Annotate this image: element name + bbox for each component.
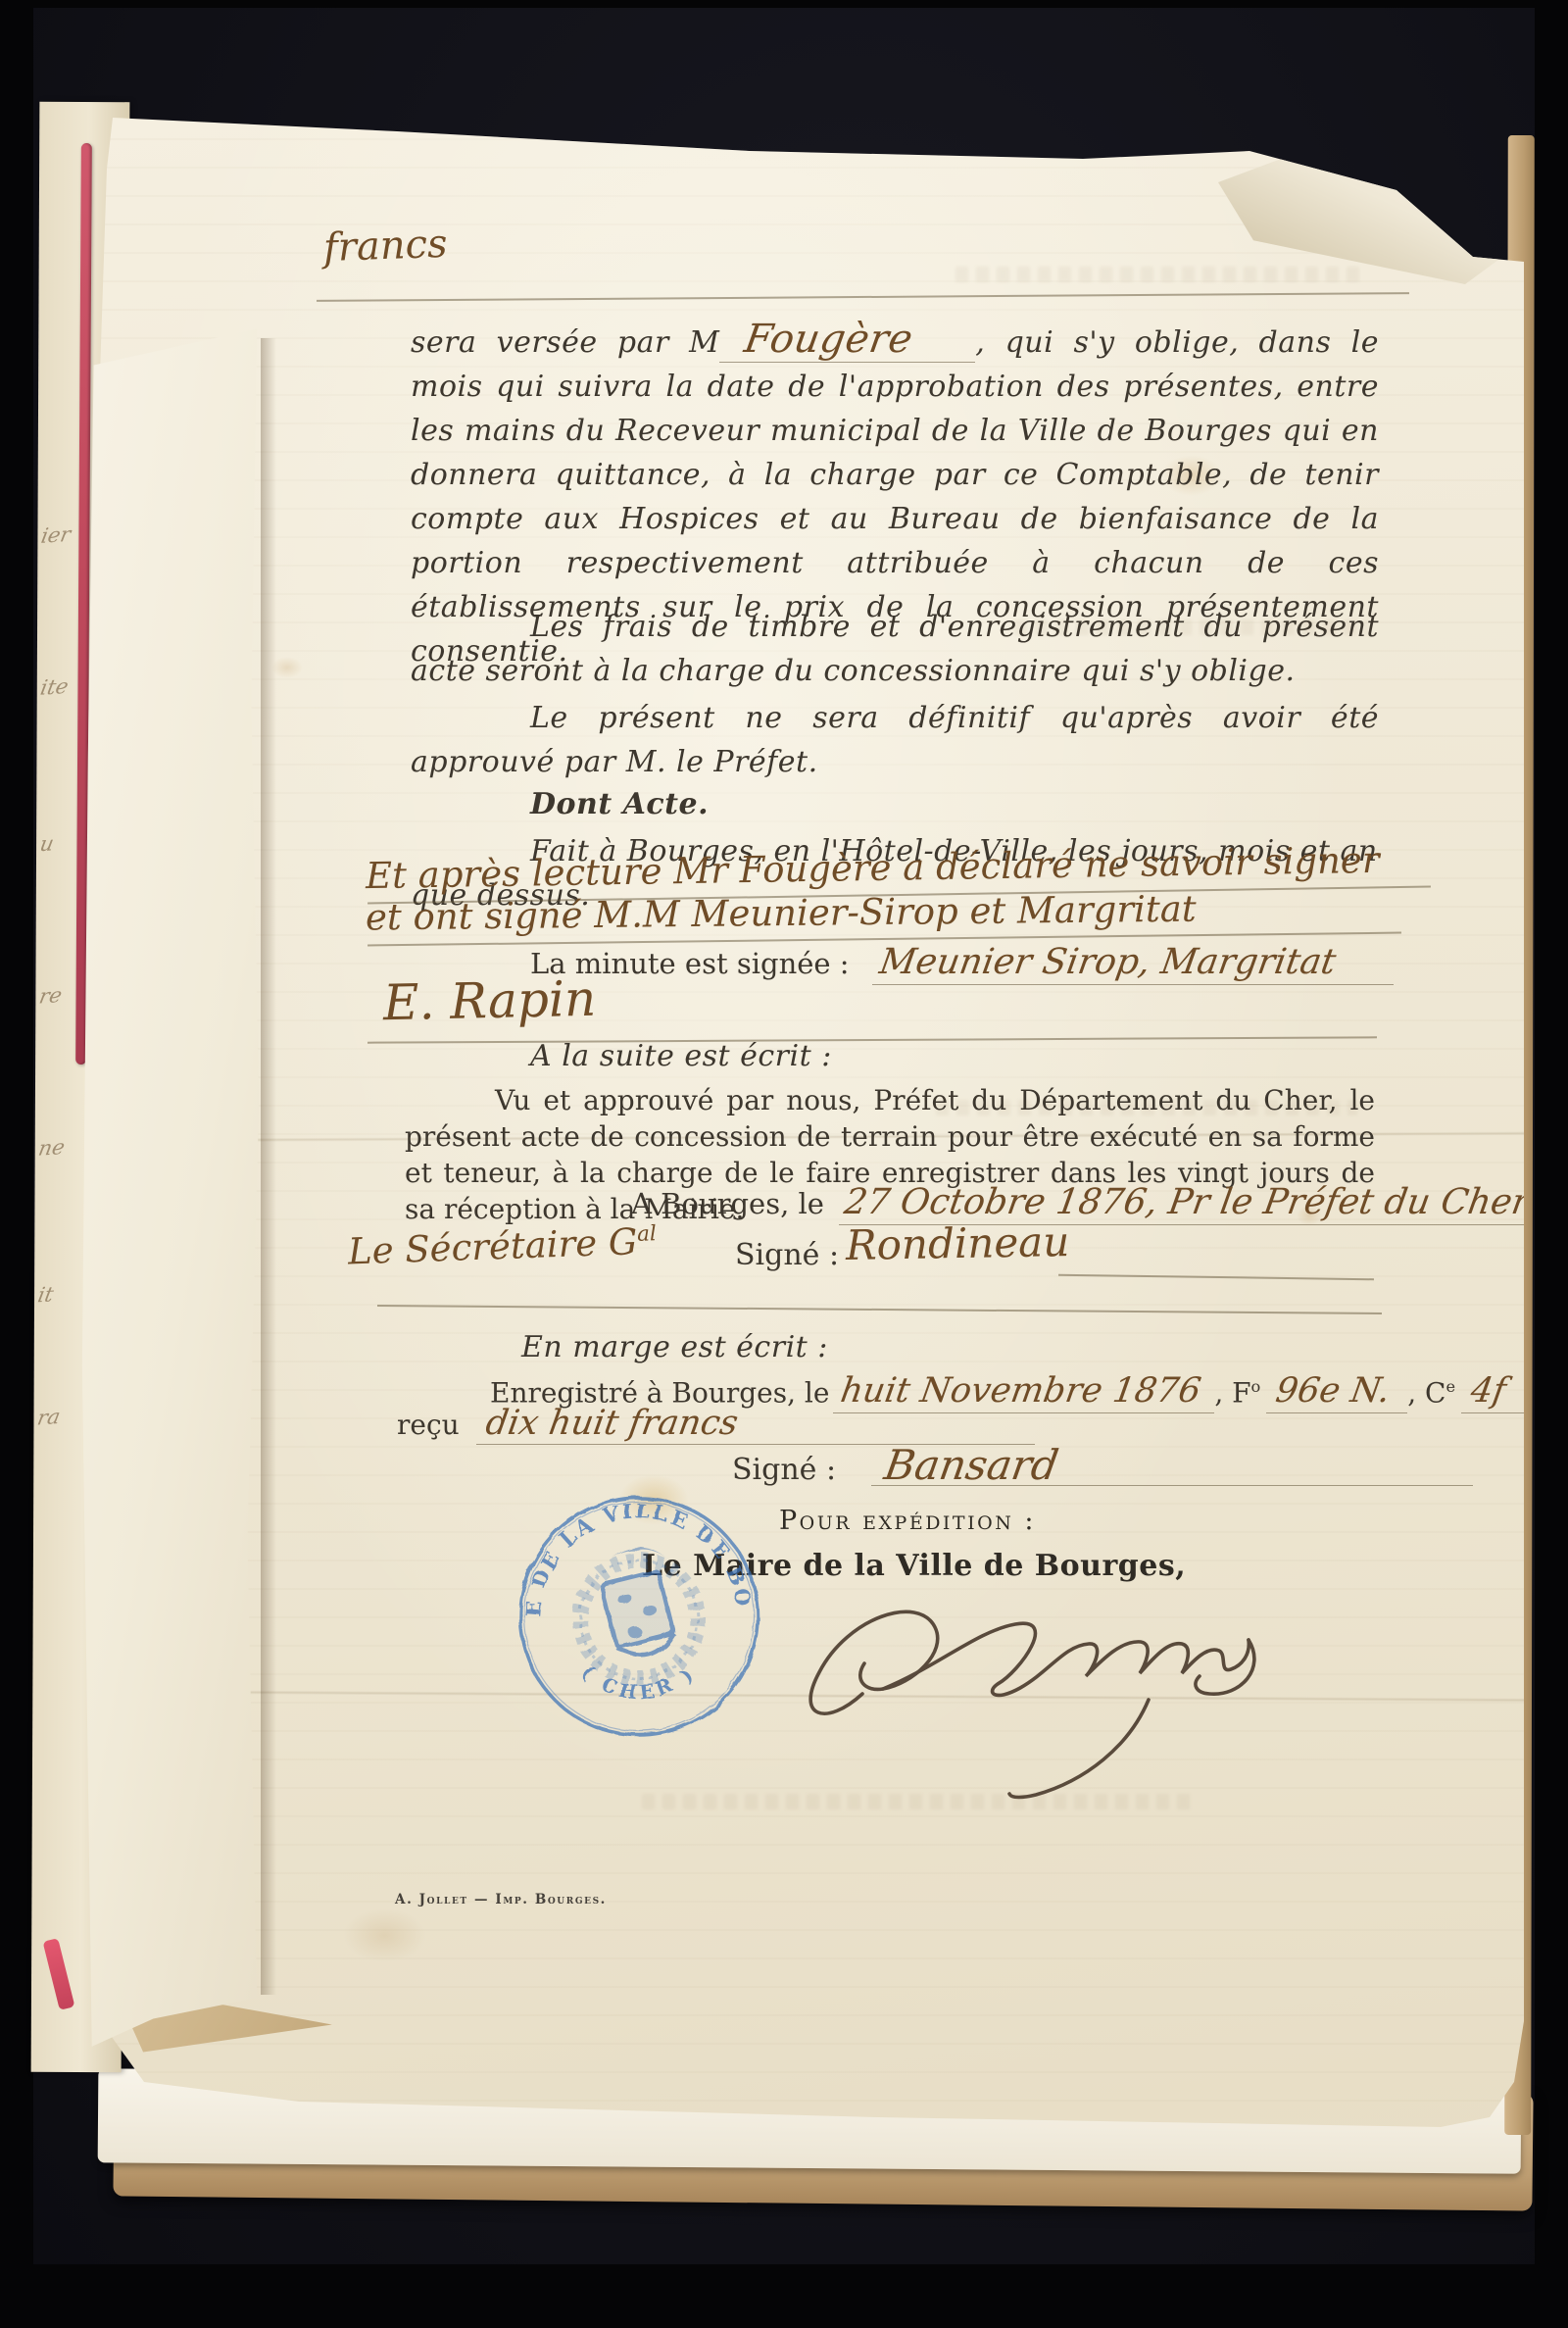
handwritten-minute-signatures: Meunier Sirop, Margritat	[877, 944, 1339, 980]
handwritten-folio: 96e N.	[1273, 1373, 1393, 1410]
handwritten-case: 4f	[1468, 1373, 1508, 1410]
printed-text: sera versée par M	[411, 325, 719, 360]
line-a-bourges: A Bourges, le 27 Octobre 1876, Pr le Pré…	[631, 1184, 1539, 1222]
printed-label-signe-1: Signé :	[735, 1237, 839, 1273]
printed-label-recu: reçu	[397, 1409, 460, 1441]
margin-writing-fragment: u	[38, 831, 56, 856]
paragraph-suite: A la suite est écrit :	[411, 1034, 1379, 1078]
handwritten-bansard: Bansard	[882, 1447, 1060, 1483]
mayor-signature	[681, 1578, 1313, 1975]
handwritten-name-fougere: Fougère	[742, 318, 916, 362]
handwritten-rondineau: Rondineau	[846, 1217, 1070, 1269]
paragraph-en-marge: En marge est écrit :	[521, 1325, 828, 1369]
document-photo: { "colors":{ "background":"#0c0c11", "pa…	[0, 0, 1568, 2328]
paper-stain	[343, 1908, 426, 1962]
paragraph-frais: Les frais de timbre et d'enregistrement …	[411, 605, 1379, 693]
margin-writing-fragment: ne	[36, 1135, 67, 1161]
margin-writing-fragment: ier	[39, 522, 73, 548]
line-signe-bansard: Signé : Bansard	[732, 1447, 1473, 1488]
printed-text-fo: , F	[1214, 1376, 1250, 1409]
printed-label-signe-2: Signé :	[732, 1453, 836, 1487]
margin-writing-fragment: ra	[35, 1405, 62, 1429]
margin-writing-fragment: it	[36, 1282, 56, 1307]
margin-writing-fragment: ite	[38, 674, 70, 700]
printer-imprint: A. Jollet — Imp. Bourges.	[395, 1892, 607, 1907]
handwritten-enr-date: huit Novembre 1876	[838, 1373, 1203, 1410]
divider-rule	[377, 1305, 1382, 1314]
paragraph-definitif: Le présent ne sera définitif qu'après av…	[411, 696, 1379, 784]
fill-line	[317, 292, 1409, 301]
handwritten-secretaire: Le Sécrétaire Gal	[347, 1220, 657, 1273]
flap-shadow	[261, 338, 276, 1995]
line-recu: reçu dix huit francs	[397, 1406, 1035, 1445]
handwritten-secretaire-text: Le Sécrétaire G	[347, 1220, 638, 1272]
handwritten-amount: francs	[322, 222, 448, 271]
document-page: francs sera versée par MFougère, qui s'y…	[93, 110, 1524, 2139]
folded-paper-flap	[76, 323, 269, 2060]
ink-bleedthrough	[955, 267, 1367, 282]
printed-pour-expedition: Pour expédition :	[779, 1506, 1036, 1536]
handwritten-date-prefet: 27 Octobre 1876, Pr le Préfet du Cher	[842, 1184, 1532, 1220]
printed-text-ce: , C	[1407, 1376, 1445, 1409]
printed-semicolon: ;	[1539, 1376, 1556, 1409]
handwritten-rapin-signature: E. Rapin	[382, 970, 596, 1032]
handwritten-secretaire-sup: al	[637, 1221, 658, 1247]
handwritten-somme-recue: dix huit francs	[483, 1406, 740, 1442]
handwritten-signataires-line: et ont signé M.M Meunier-Sirop et Margri…	[366, 888, 1197, 939]
fill-line	[1058, 1274, 1374, 1280]
paragraph-dont-acte: Dont Acte.	[411, 782, 1379, 826]
printed-sup-fo: o	[1251, 1377, 1261, 1396]
printed-sup-ce: e	[1445, 1377, 1455, 1396]
margin-writing-fragment: re	[37, 983, 64, 1008]
printed-label-a-bourges: A Bourges, le	[631, 1187, 824, 1220]
